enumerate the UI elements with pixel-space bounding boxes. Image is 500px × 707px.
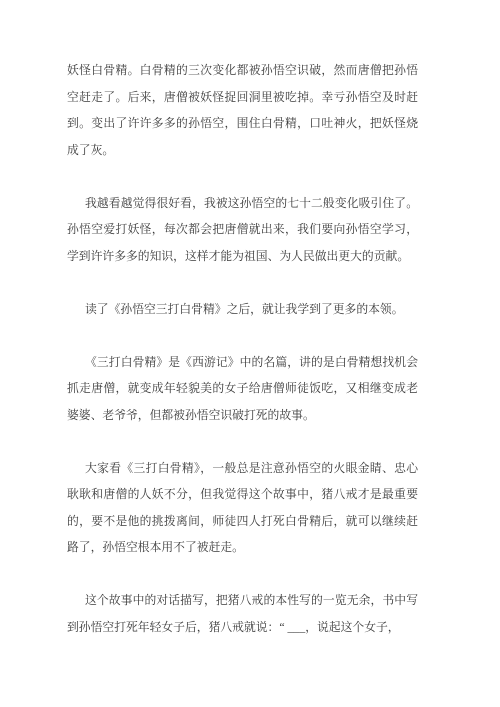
text-line: 到。变出了许许多多的孙悟空，围住白骨精，口吐神火，把妖怪烧 [67,110,418,137]
text-line: 耿耿和唐僧的人妖不分，但我觉得这个故事中，猪八戒才是最重要 [67,481,418,508]
text-line: 我越看越觉得很好看，我被这孙悟空的七十二般变化吸引住了。 [67,190,418,217]
text-line: 空赶走了。后来，唐僧被妖怪捉回洞里被吃掉。幸亏孙悟空及时赶 [67,84,418,111]
text-line: 抓走唐僧，就变成年轻貌美的女子给唐僧师徒饭吃，又相继变成老 [67,375,418,402]
text-line: 的，要不是他的挑拨离间，师徒四人打死白骨精后，就可以继续赶 [67,508,418,535]
paragraph: 《三打白骨精》是《西游记》中的名篇，讲的是白骨精想找机会抓走唐僧，就变成年轻貌美… [67,349,418,429]
text-line: 成了灰。 [67,137,418,164]
paragraph: 这个故事中的对话描写，把猪八戒的本性写的一览无余，书中写到孙悟空打死年轻女子后，… [67,587,418,640]
paragraph: 妖怪白骨精。白骨精的三次变化都被孙悟空识破，然而唐僧把孙悟空赶走了。后来，唐僧被… [67,57,418,163]
text-line: 妖怪白骨精。白骨精的三次变化都被孙悟空识破，然而唐僧把孙悟 [67,57,418,84]
text-line: 读了《孙悟空三打白骨精》之后，就让我学到了更多的本领。 [67,296,418,323]
text-line: 这个故事中的对话描写，把猪八戒的本性写的一览无余，书中写 [67,587,418,614]
text-line: 路了，孙悟空根本用不了被赶走。 [67,534,418,561]
paragraph: 读了《孙悟空三打白骨精》之后，就让我学到了更多的本领。 [67,296,418,323]
paragraph: 我越看越觉得很好看，我被这孙悟空的七十二般变化吸引住了。孙悟空爱打妖怪，每次都会… [67,190,418,270]
text-line: 大家看《三打白骨精》，一般总是注意孙悟空的火眼金睛、忠心 [67,455,418,482]
text-line: 学到许许多多的知识，这样才能为祖国、为人民做出更大的贡献。 [67,243,418,270]
text-line: 婆婆、老爷爷，但都被孙悟空识破打死的故事。 [67,402,418,429]
text-line: 《三打白骨精》是《西游记》中的名篇，讲的是白骨精想找机会 [67,349,418,376]
document-page: 妖怪白骨精。白骨精的三次变化都被孙悟空识破，然而唐僧把孙悟空赶走了。后来，唐僧被… [0,0,500,707]
paragraph: 大家看《三打白骨精》，一般总是注意孙悟空的火眼金睛、忠心耿耿和唐僧的人妖不分，但… [67,455,418,561]
text-line: 到孙悟空打死年轻女子后，猪八戒就说：“ ___，说起这个女子， [67,614,418,641]
text-line: 孙悟空爱打妖怪，每次都会把唐僧就出来，我们要向孙悟空学习， [67,216,418,243]
text-block: 妖怪白骨精。白骨精的三次变化都被孙悟空识破，然而唐僧把孙悟空赶走了。后来，唐僧被… [67,57,418,640]
